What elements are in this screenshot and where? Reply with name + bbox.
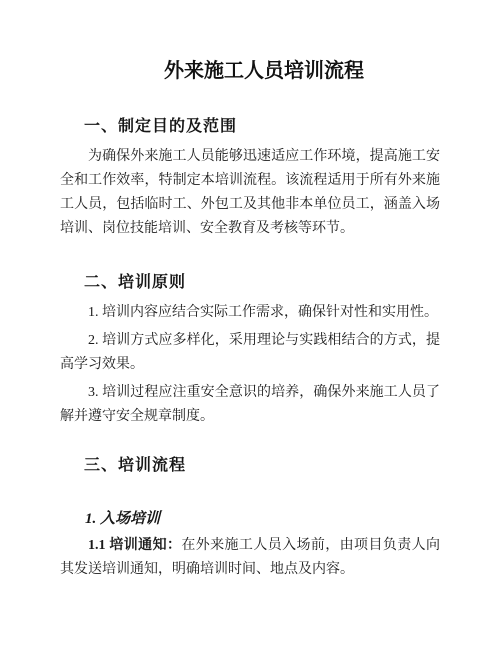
- paragraph-purpose-scope: 为确保外来施工人员能够迅速适应工作环境，提高施工安全和工作效率，特制定本培训流程…: [60, 145, 440, 241]
- section-heading-process: 三、培训流程: [60, 454, 440, 478]
- section-heading-purpose-scope: 一、制定目的及范围: [60, 115, 440, 139]
- subsection-heading-entry-training: 1. 入场培训: [60, 507, 440, 531]
- document-title: 外来施工人员培训流程: [60, 58, 440, 84]
- principle-item-2: 2. 培训方式应多样化，采用理论与实践相结合的方式，提高学习效果。: [60, 329, 440, 377]
- section-heading-principles: 二、培训原则: [60, 271, 440, 295]
- paragraph-training-notice: 1.1 培训通知：在外来施工人员入场前，由项目负责人向其发送培训通知，明确培训时…: [60, 534, 440, 582]
- training-notice-label: 1.1 培训通知：: [88, 538, 181, 553]
- principle-item-3: 3. 培训过程应注重安全意识的培养，确保外来施工人员了解并遵守安全规章制度。: [60, 381, 440, 429]
- document-page: 外来施工人员培训流程 一、制定目的及范围 为确保外来施工人员能够迅速适应工作环境…: [0, 0, 500, 647]
- principle-item-1: 1. 培训内容应结合实际工作需求，确保针对性和实用性。: [60, 301, 440, 325]
